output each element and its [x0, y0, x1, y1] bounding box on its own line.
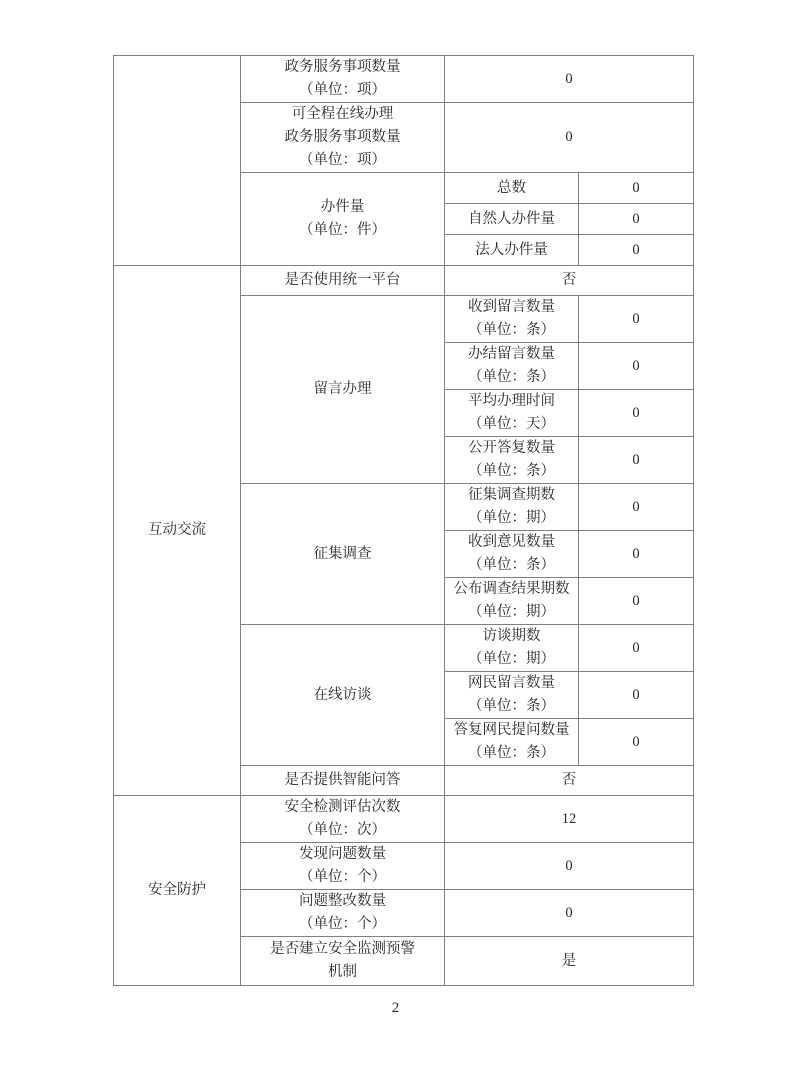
sub-row-label: 网民留言数量 （单位：条）: [445, 672, 579, 719]
sub-row-value: 0: [579, 625, 694, 672]
row-value: 是: [445, 937, 694, 986]
sub-row-label: 收到意见数量 （单位：条）: [445, 531, 579, 578]
sub-row-label: 答复网民提问数量 （单位：条）: [445, 719, 579, 766]
sub-row-value: 0: [579, 484, 694, 531]
table-row: 政务服务事项数量 （单位：项） 0: [114, 56, 694, 103]
row-value: 0: [445, 890, 694, 937]
sub-row-value: 0: [579, 719, 694, 766]
sub-row-value: 0: [579, 296, 694, 343]
row-value: 0: [445, 843, 694, 890]
page-number: 2: [0, 1000, 791, 1017]
row-value: 否: [445, 266, 694, 296]
table-row: 互动交流 是否使用统一平台 否: [114, 266, 694, 296]
sub-row-value: 0: [579, 578, 694, 625]
row-label: 政务服务事项数量 （单位：项）: [241, 56, 445, 103]
row-label: 是否提供智能问答: [241, 766, 445, 796]
row-value: 12: [445, 796, 694, 843]
sub-row-label: 总数: [445, 173, 579, 204]
table-row: 安全防护 安全检测评估次数 （单位：次） 12: [114, 796, 694, 843]
row-value: 否: [445, 766, 694, 796]
sub-row-value: 0: [579, 343, 694, 390]
group-label-messages: 留言办理: [241, 296, 445, 484]
group-label-surveys: 征集调查: [241, 484, 445, 625]
sub-row-value: 0: [579, 672, 694, 719]
sub-row-label: 公开答复数量 （单位：条）: [445, 437, 579, 484]
group-label-interviews: 在线访谈: [241, 625, 445, 766]
sub-row-label: 法人办件量: [445, 235, 579, 266]
sub-row-value: 0: [579, 390, 694, 437]
row-label: 问题整改数量 （单位：个）: [241, 890, 445, 937]
document-page: 政务服务事项数量 （单位：项） 0 可全程在线办理 政务服务事项数量 （单位：项…: [0, 0, 791, 1076]
sub-row-label: 征集调查期数 （单位：期）: [445, 484, 579, 531]
sub-row-label: 办结留言数量 （单位：条）: [445, 343, 579, 390]
sub-row-value: 0: [579, 204, 694, 235]
group-label-volume: 办件量 （单位：件）: [241, 173, 445, 266]
category-cell-blank: [114, 56, 241, 266]
sub-row-value: 0: [579, 531, 694, 578]
sub-row-label: 自然人办件量: [445, 204, 579, 235]
row-label: 发现问题数量 （单位：个）: [241, 843, 445, 890]
row-label: 是否建立安全监测预警 机制: [241, 937, 445, 986]
sub-row-value: 0: [579, 437, 694, 484]
sub-row-label: 公布调查结果期数 （单位：期）: [445, 578, 579, 625]
category-cell-interaction: 互动交流: [114, 266, 241, 796]
row-label: 是否使用统一平台: [241, 266, 445, 296]
sub-row-label: 收到留言数量 （单位：条）: [445, 296, 579, 343]
sub-row-value: 0: [579, 173, 694, 204]
category-cell-security: 安全防护: [114, 796, 241, 986]
row-label: 安全检测评估次数 （单位：次）: [241, 796, 445, 843]
sub-row-label: 平均办理时间 （单位：天）: [445, 390, 579, 437]
sub-row-label: 访谈期数 （单位：期）: [445, 625, 579, 672]
row-label: 可全程在线办理 政务服务事项数量 （单位：项）: [241, 103, 445, 173]
sub-row-value: 0: [579, 235, 694, 266]
row-value: 0: [445, 56, 694, 103]
row-value: 0: [445, 103, 694, 173]
report-table: 政务服务事项数量 （单位：项） 0 可全程在线办理 政务服务事项数量 （单位：项…: [113, 55, 694, 986]
